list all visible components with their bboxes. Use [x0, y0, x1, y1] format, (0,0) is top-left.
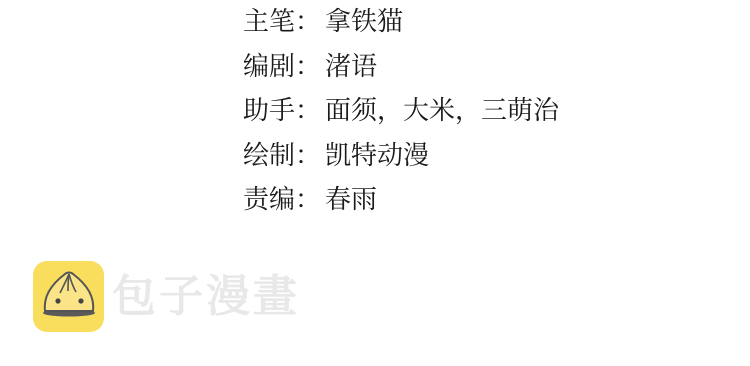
credit-role: 编剧 — [243, 47, 295, 87]
credit-separator: ： — [295, 2, 325, 42]
credit-value: 拿铁猫 — [325, 2, 403, 42]
credit-value: 面须，大米，三萌治 — [325, 91, 559, 131]
credit-value: 春雨 — [325, 180, 377, 220]
credit-value: 凯特动漫 — [325, 136, 429, 176]
brand-name: 包子漫畫 — [112, 261, 300, 332]
credit-line-lead-artist: 主笔：拿铁猫 — [243, 2, 559, 47]
credit-separator: ： — [295, 136, 325, 176]
credit-separator: ： — [295, 47, 325, 87]
credit-role: 责编 — [243, 180, 295, 220]
credit-role: 助手 — [243, 91, 295, 131]
credit-line-assistants: 助手：面须，大米，三萌治 — [243, 91, 559, 136]
credit-line-editor: 责编：春雨 — [243, 180, 559, 225]
credit-role: 绘制 — [243, 136, 295, 176]
credit-value: 渚语 — [325, 47, 377, 87]
credit-line-writer: 编剧：渚语 — [243, 47, 559, 92]
watermark: 包子漫畫 — [33, 261, 300, 332]
credits-list: 主笔：拿铁猫 编剧：渚语 助手：面须，大米，三萌治 绘制：凯特动漫 责编：春雨 — [243, 2, 559, 225]
bun-logo-icon — [33, 261, 104, 332]
credit-separator: ： — [295, 91, 325, 131]
credit-separator: ： — [295, 180, 325, 220]
credit-role: 主笔 — [243, 2, 295, 42]
credit-line-production: 绘制：凯特动漫 — [243, 136, 559, 181]
